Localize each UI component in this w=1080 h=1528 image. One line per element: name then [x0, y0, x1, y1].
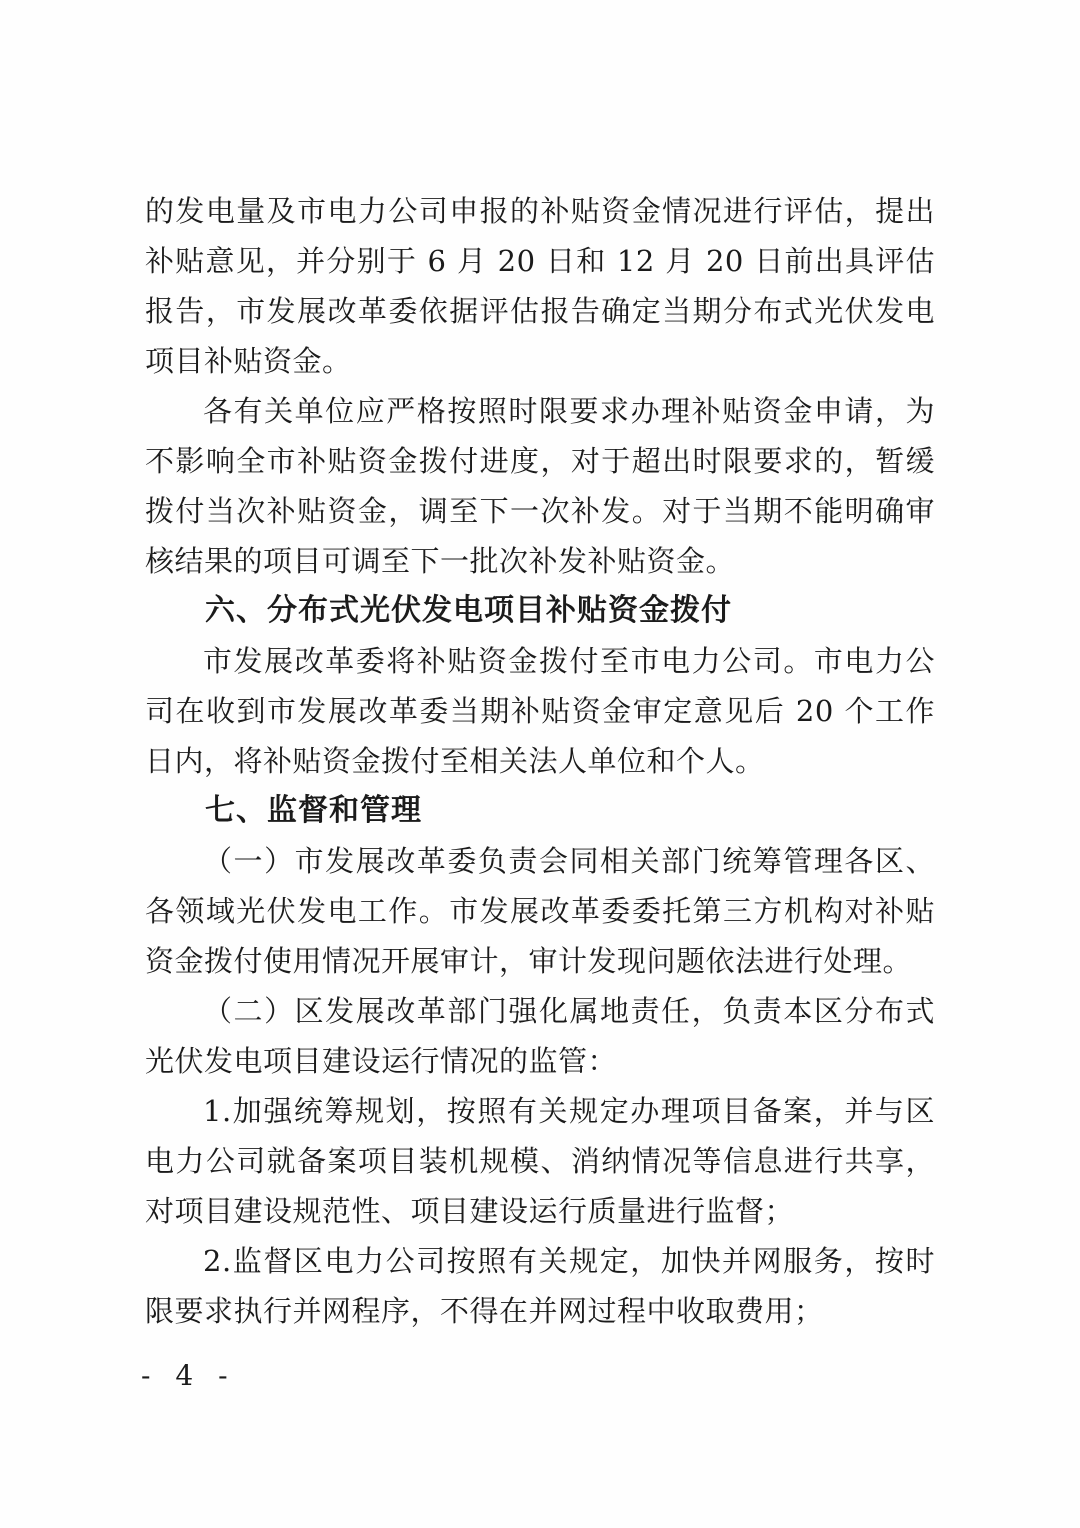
section-heading: 六、分布式光伏发电项目补贴资金拨付 [145, 586, 935, 636]
paragraph: 的发电量及市电力公司申报的补贴资金情况进行评估，提出补贴意见，并分别于 6 月 … [145, 186, 935, 386]
paragraph: 各有关单位应严格按照时限要求办理补贴资金申请，为不影响全市补贴资金拨付进度，对于… [145, 386, 935, 586]
paragraph: （一）市发展改革委负责会同相关部门统筹管理各区、各领域光伏发电工作。市发展改革委… [145, 836, 935, 986]
section-heading: 七、监督和管理 [145, 786, 935, 836]
paragraph: 1.加强统筹规划，按照有关规定办理项目备案，并与区电力公司就备案项目装机规模、消… [145, 1086, 935, 1236]
paragraph: 2.监督区电力公司按照有关规定，加快并网服务，按时限要求执行并网程序，不得在并网… [145, 1236, 935, 1336]
paragraph: （二）区发展改革部门强化属地责任，负责本区分布式光伏发电项目建设运行情况的监管： [145, 986, 935, 1086]
document-page: 的发电量及市电力公司申报的补贴资金情况进行评估，提出补贴意见，并分别于 6 月 … [0, 0, 1080, 1528]
page-number: - 4 - [141, 1356, 236, 1396]
document-content: 的发电量及市电力公司申报的补贴资金情况进行评估，提出补贴意见，并分别于 6 月 … [145, 186, 935, 1336]
paragraph: 市发展改革委将补贴资金拨付至市电力公司。市电力公司在收到市发展改革委当期补贴资金… [145, 636, 935, 786]
